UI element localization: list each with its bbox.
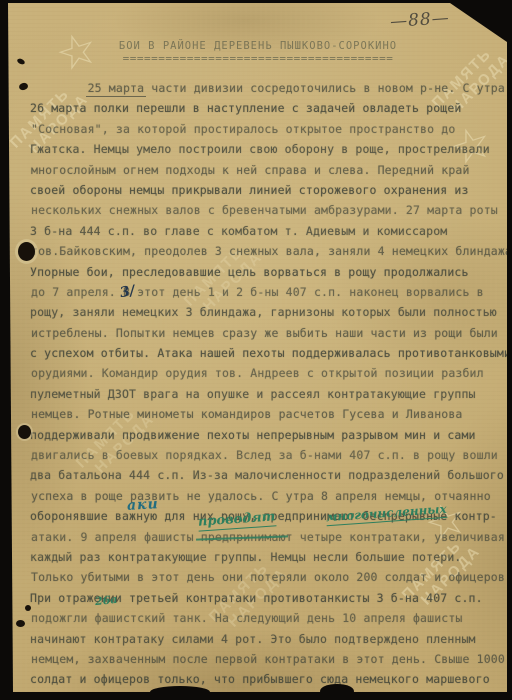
document-title: БОИ В РАЙОНЕ ДЕРЕВЕНЬ ПЫШКОВО-СОРОКИНО — [28, 40, 488, 52]
punch-hole — [16, 620, 25, 627]
typed-line: Гжатска. Немцы умело построили свою обор… — [30, 139, 508, 159]
punch-hole — [25, 605, 31, 611]
scan-edge-blot — [150, 686, 210, 698]
typed-line: 3 б-на 444 с.п. во главе с комбатом т. А… — [30, 221, 508, 241]
typed-line: пулеметный ДЗОТ врага на опушке и рассея… — [30, 384, 508, 404]
typed-line: истреблены. Попытки немцев сразу же выби… — [31, 323, 509, 343]
typed-line: многослойным огнем подходы к ней справа … — [31, 160, 509, 180]
scan-edge-blot — [320, 684, 354, 698]
typed-line: немцев. Ротные минометы командиров расче… — [31, 404, 509, 424]
punch-hole — [18, 82, 29, 91]
typed-line: двигались в боевых порядках. Вслед за б-… — [31, 445, 509, 465]
paper-sheet: ☆ ПАМЯТЬ НАРОДА ПАМЯТЬ НАРОДА ☆ ПАМЯТЬ Н… — [0, 0, 512, 700]
typed-line: два батальона 444 с.п. Из-за малочисленн… — [30, 465, 508, 485]
handwritten-page-number: —88— — [389, 4, 510, 32]
typed-line: начинают контратаку силами 4 рот. Это бы… — [30, 629, 508, 649]
punch-hole — [18, 425, 31, 439]
typed-line: орудиями. Командир орудия тов. Андреев с… — [31, 363, 509, 383]
typed-line: поддерживали продвижение пехоты непрерыв… — [30, 425, 508, 445]
typed-line: каждый раз контратакующие группы. Немцы … — [30, 547, 508, 567]
typed-line: подожгли фашистский танк. На следующий д… — [31, 608, 509, 628]
punch-hole — [18, 242, 35, 261]
typed-line: солдат и офицеров только, что прибывшего… — [30, 669, 508, 689]
title-underline: ====================================== — [28, 52, 488, 65]
typed-line: немцем, захваченным после первой контрат… — [31, 649, 509, 669]
handwritten-margin-ref-green: 26а — [94, 593, 118, 608]
scanned-document-page: ☆ ПАМЯТЬ НАРОДА ПАМЯТЬ НАРОДА ☆ ПАМЯТЬ Н… — [0, 0, 512, 700]
typed-line: рощу, заняли немецких 3 блиндажа, гарниз… — [30, 302, 508, 322]
typed-line: до 7 апреля. В этот день 1 и 2 б-ны 407 … — [31, 282, 509, 302]
typed-line: с успехом отбиты. Атака нашей пехоты под… — [30, 343, 508, 363]
typed-line: нескольких снежных валов с бревенчатыми … — [31, 200, 509, 220]
typed-line: Только убитыми в этот день они потеряли … — [31, 567, 509, 587]
typed-line: Упорные бои, преследовавшие цель ворвать… — [30, 262, 508, 282]
handwritten-correction-dark: 3/ — [119, 283, 136, 301]
typed-underline-25-marta — [86, 96, 146, 97]
typed-line: 26 марта полки перешли в наступление с з… — [30, 98, 508, 118]
punch-hole — [16, 58, 25, 66]
typed-line: тов.Байковским, преодолев 3 снежных вала… — [31, 241, 509, 261]
typed-line: своей обороны немцы прикрывали линией ст… — [30, 180, 508, 200]
typed-line: "Сосновая", за которой простиралось откр… — [31, 119, 509, 139]
handwritten-correction-green: аки — [127, 496, 160, 514]
